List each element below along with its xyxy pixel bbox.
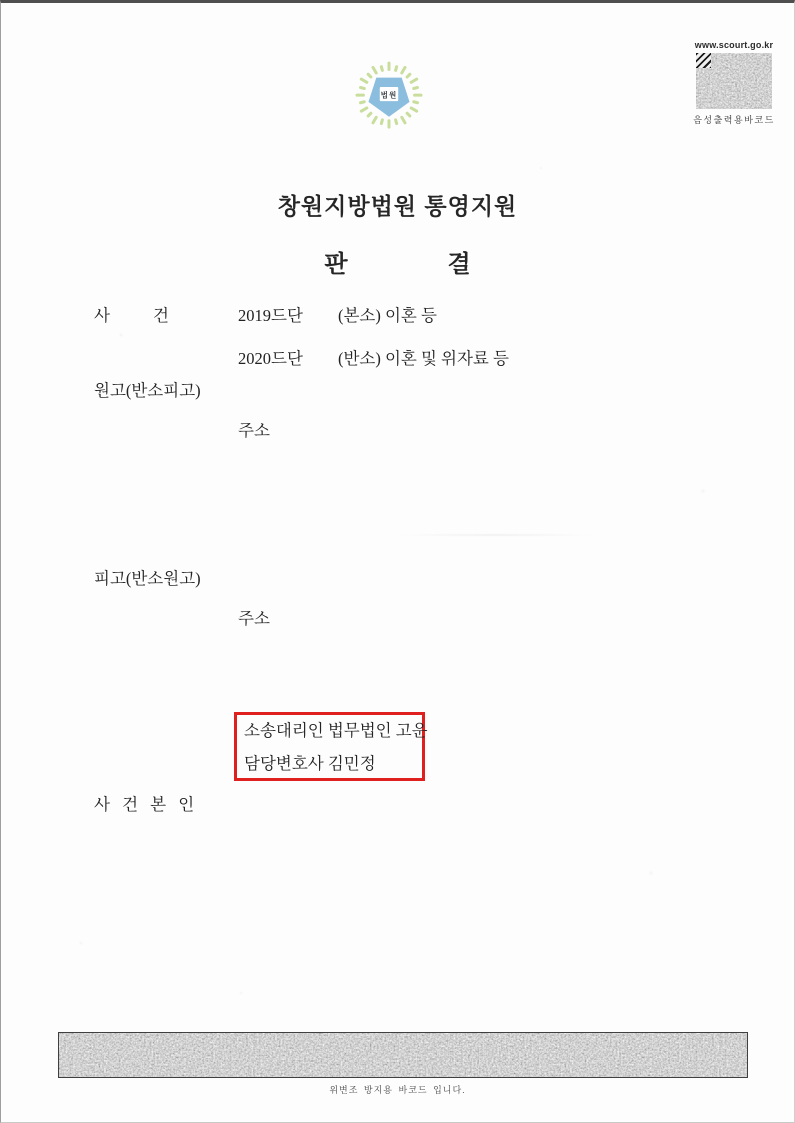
voice-barcode-image <box>696 53 772 109</box>
court-emblem: 법원 <box>353 59 425 137</box>
voice-barcode-caption: 음성출력용바코드 <box>692 113 776 126</box>
defendant-address-label: 주소 <box>238 609 270 629</box>
antiforgery-strip-noise <box>59 1033 747 1077</box>
emblem-label: 법원 <box>381 89 398 99</box>
case-label-char-1: 사 <box>94 306 110 326</box>
voice-barcode-block: www.scourt.go.kr 음성출력용바코드 <box>692 40 776 126</box>
case-number-1: 2019드단 <box>238 306 303 326</box>
document-title: 판 결 <box>1 244 794 279</box>
plaintiff-address-label: 주소 <box>238 421 270 441</box>
antiforgery-barcode-strip <box>58 1032 748 1078</box>
representative-line-2: 담당변호사 김민정 <box>244 754 422 773</box>
case-number-2: 2020드단 <box>238 349 303 369</box>
case-principal-label: 사 건 본 인 <box>94 795 197 815</box>
barcode-corner-marker-icon <box>696 53 711 68</box>
defendant-label: 피고(반소원고) <box>94 569 201 589</box>
doc-title-char-1: 판 <box>324 244 347 279</box>
case-detail-1: (본소) 이혼 등 <box>338 306 437 326</box>
scourt-url-text: www.scourt.go.kr <box>692 40 776 50</box>
case-label-char-2: 건 <box>153 306 169 326</box>
court-title: 창원지방법원 통영지원 <box>1 188 794 221</box>
plaintiff-label: 원고(반소피고) <box>94 381 201 401</box>
case-label: 사 건 <box>94 306 169 326</box>
doc-title-char-2: 결 <box>448 244 471 279</box>
case-detail-2: (반소) 이혼 및 위자료 등 <box>338 349 509 369</box>
court-judgment-page: 법원 www.scourt.go.kr 음성출력용바코드 창원지방법원 통영지원… <box>0 0 795 1123</box>
representative-line-1: 소송대리인 법무법인 고운 <box>244 721 422 740</box>
antiforgery-caption: 위변조 방지용 바코드 입니다. <box>1 1083 794 1096</box>
representative-highlight-box: 소송대리인 법무법인 고운 담당변호사 김민정 <box>234 712 425 781</box>
